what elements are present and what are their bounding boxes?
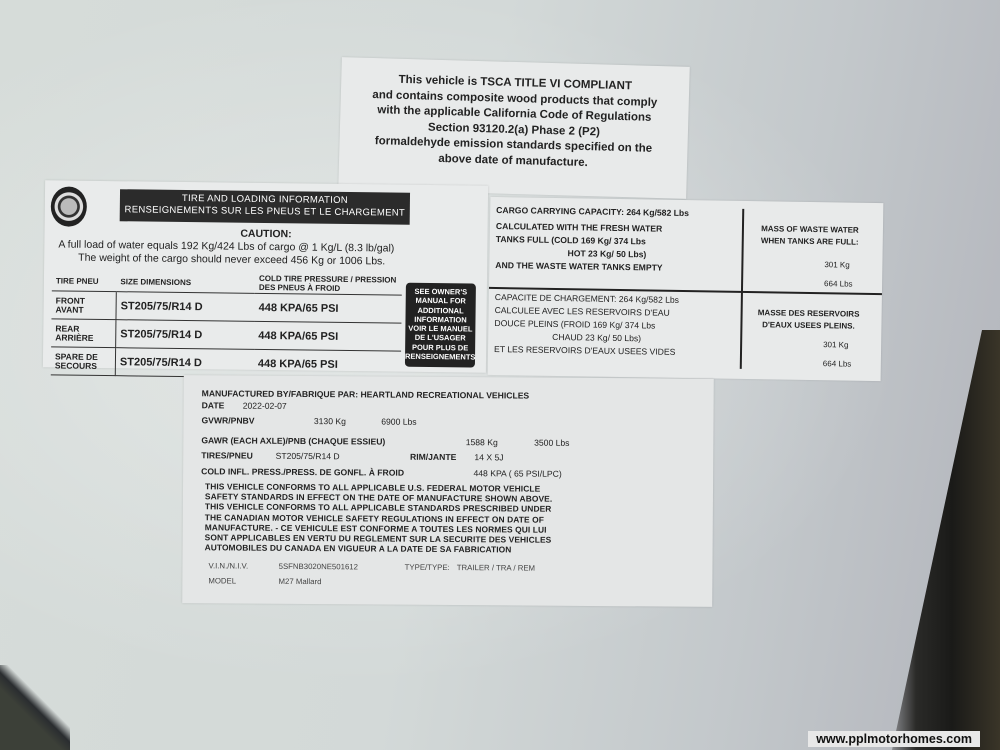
tires-row: TIRES/PNEU ST205/75/R14 D RIM/JANTE 14 X… [201,450,503,462]
door-corner [0,665,70,750]
table-row: REAR ARRIÈRE ST205/75/R14 D 448 KPA/65 P… [51,319,401,351]
rim-value: 14 X 5J [474,452,503,462]
tire-icon [51,186,87,226]
header-french: RENSEIGNEMENTS SUR LES PNEUS ET LE CHARG… [120,204,410,220]
table-row: SPARE DE SECOURS ST205/75/R14 D 448 KPA/… [51,347,401,379]
gawr-label: GAWR (EACH AXLE)/PNB (CHAQUE ESSIEU) [201,435,463,447]
model-row: MODEL M27 Mallard [208,576,321,586]
gvwr-lbs: 6900 Lbs [381,417,416,427]
col-tire: TIRE PNEU [52,270,117,291]
type-value: TRAILER / TRA / REM [457,563,535,573]
cargo-line: ET LES RESERVOIRS D'EAUX USEES VIDES [494,344,744,361]
gawr-row: GAWR (EACH AXLE)/PNB (CHAQUE ESSIEU) 158… [201,435,569,448]
tire-pressure: 448 KPA/65 PSI [254,321,401,351]
cargo-line: CARGO CARRYING CAPACITY: 264 Kg/582 Lbs [496,205,746,222]
waste-water-en-title: MASS OF WASTE WATER WHEN TANKS ARE FULL: [750,223,870,249]
tires-label: TIRES/PNEU [201,450,273,461]
tires-value: ST205/75/R14 D [276,451,408,462]
cargo-line: AND THE WASTE WATER TANKS EMPTY [495,260,745,277]
conformity-statement: THIS VEHICLE CONFORMS TO ALL APPLICABLE … [205,481,625,555]
date-label: DATE [202,400,225,410]
type-label: TYPE/TYPE: [405,563,450,572]
cargo-french: CAPACITE DE CHARGEMENT: 264 Kg/582 Lbs C… [494,292,745,361]
rim-label: RIM/JANTE [410,452,472,462]
waste-title-line: D'EAUX USEES PLEINS. [748,319,868,333]
manufacturer-label: MANUFACTURED BY/FABRIQUE PAR: HEARTLAND … [182,375,714,607]
col-pressure: COLD TIRE PRESSURE / PRESSION DES PNEUS … [255,273,402,295]
waste-lbs: 664 Lbs [824,279,853,288]
gawr-lbs: 3500 Lbs [534,438,569,448]
model-label: MODEL [208,576,276,585]
vin-row: V.I.N./N.I.V. 5SFNB3020NE501612 TYPE/TYP… [208,561,535,572]
date-value: 2022-02-07 [243,401,287,411]
gvwr-label: GVWR/PNBV [201,415,311,426]
tire-position: SPARE DE SECOURS [51,347,116,376]
manual-line: RENSEIGNEMENTS [405,352,475,362]
tire-size: ST205/75/R14 D [116,320,255,350]
caution-cargo-line: The weight of the cargo should never exc… [78,252,385,268]
owners-manual-note: SEE OWNER'S MANUAL FOR ADDITIONAL INFORM… [405,283,476,368]
waste-title-line: WHEN TANKS ARE FULL: [750,235,870,249]
model-value: M27 Mallard [279,577,322,586]
gvwr-kg: 3130 Kg [314,416,379,426]
waste-kg-fr: 301 Kg [823,340,848,349]
cargo-capacity-label: CARGO CARRYING CAPACITY: 264 Kg/582 Lbs … [488,197,884,381]
cold-pressure-value: 448 KPA ( 65 PSI/LPC) [473,468,561,479]
cargo-english: CARGO CARRYING CAPACITY: 264 Kg/582 Lbs … [495,205,746,277]
watermark: www.pplmotorhomes.com [808,731,980,747]
waste-water-fr-title: MASSE DES RESERVOIRS D'EAUX USEES PLEINS… [748,307,868,333]
table-row: FRONT AVANT ST205/75/R14 D 448 KPA/65 PS… [51,291,401,323]
gawr-kg: 1588 Kg [466,437,532,447]
tire-pressure: 448 KPA/65 PSI [254,349,401,379]
tire-pressure: 448 KPA/65 PSI [254,293,401,323]
waste-kg: 301 Kg [824,260,849,269]
cold-pressure-row: COLD INFL. PRESS./PRESS. DE GONFL. À FRO… [201,466,562,479]
cold-pressure-label: COLD INFL. PRESS./PRESS. DE GONFL. À FRO… [201,466,471,478]
manual-line: MANUAL FOR [406,296,476,306]
date-row: DATE 2022-02-07 [202,400,287,411]
door-frame-edge [880,330,1000,750]
tire-position: REAR ARRIÈRE [51,319,116,348]
manual-line: DE L'USAGER [405,333,475,343]
tire-position: FRONT AVANT [51,291,116,320]
vin-label: V.I.N./N.I.V. [208,561,276,570]
col-size: SIZE DIMENSIONS [116,271,255,293]
tire-label-header: TIRE AND LOADING INFORMATION RENSEIGNEME… [120,189,410,225]
manufacturer-line: MANUFACTURED BY/FABRIQUE PAR: HEARTLAND … [202,388,530,400]
tsca-compliance-label: This vehicle is TSCA TITLE VI COMPLIANT … [338,57,690,199]
tire-table: TIRE PNEU SIZE DIMENSIONS COLD TIRE PRES… [51,270,402,379]
tire-loading-label: TIRE AND LOADING INFORMATION RENSEIGNEME… [43,180,488,372]
tire-size: ST205/75/R14 D [116,292,255,322]
vin-value: 5SFNB3020NE501612 [279,562,403,572]
conformity-line: AUTOMOBILES DU CANADA EN VIGUEUR A LA DA… [205,543,625,556]
tire-size: ST205/75/R14 D [115,348,254,378]
waste-lbs-fr: 664 Lbs [823,359,852,368]
gvwr-row: GVWR/PNBV 3130 Kg 6900 Lbs [201,415,416,427]
